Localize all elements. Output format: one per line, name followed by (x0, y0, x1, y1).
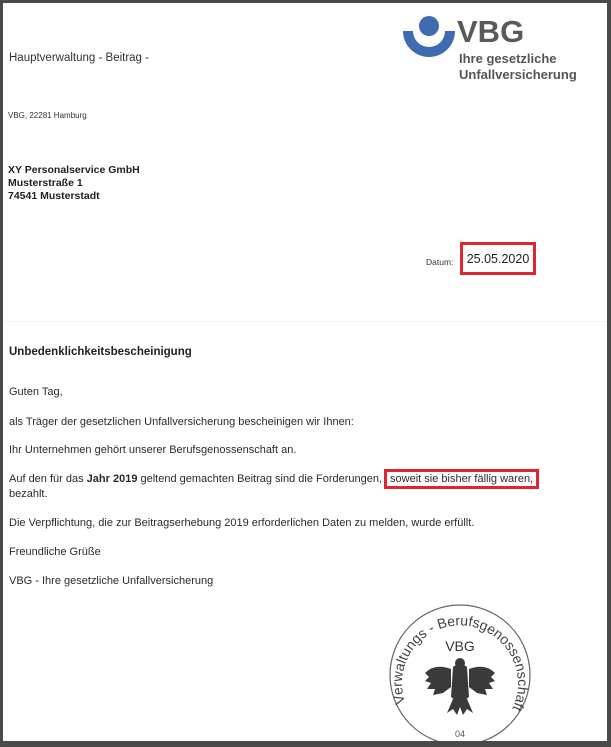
logo-tagline-1: Ihre gesetzliche (459, 51, 557, 66)
sender-line: VBG, 22281 Hamburg (8, 111, 87, 120)
closing: Freundliche Grüße (9, 546, 101, 558)
p3-year: Jahr 2019 (87, 473, 138, 485)
department-line: Hauptverwaltung - Beitrag - (9, 52, 149, 64)
recipient-city: 74541 Musterstadt (8, 190, 140, 203)
letter-page: VBG Ihre gesetzliche Unfallversicherung … (3, 3, 607, 741)
p3-before: Auf den für das (9, 473, 87, 485)
official-seal: Verwaltungs - Berufsgenossenschaft VBG 0… (385, 597, 535, 741)
highlighted-phrase: soweit sie bisher fällig waren, (384, 469, 539, 489)
paragraph-2: Ihr Unternehmen gehört unserer Berufsgen… (9, 444, 296, 456)
recipient-company: XY Personalservice GmbH (8, 164, 140, 177)
recipient-street: Musterstraße 1 (8, 177, 140, 190)
paragraph-3-line-1: Auf den für das Jahr 2019 geltend gemach… (9, 473, 539, 485)
date-value-highlighted: 25.05.2020 (460, 242, 536, 275)
letter-subject: Unbedenklichkeitsbescheinigung (9, 346, 192, 358)
logo-tagline-2: Unfallversicherung (459, 67, 577, 82)
paragraph-1: als Träger der gesetzlichen Unfallversic… (9, 416, 354, 428)
date-label: Datum: (426, 257, 453, 267)
p3-mid: geltend gemachten Beitrag sind die Forde… (137, 473, 382, 485)
vbg-logo: VBG Ihre gesetzliche Unfallversicherung (403, 11, 583, 91)
divider (3, 321, 607, 322)
seal-number: 04 (455, 729, 465, 739)
vbg-emblem-icon (403, 15, 455, 57)
greeting: Guten Tag, (9, 386, 63, 398)
recipient-address: XY Personalservice GmbH Musterstraße 1 7… (8, 164, 140, 203)
seal-center-text: VBG (445, 638, 475, 654)
paragraph-3-line-2: bezahlt. (9, 488, 48, 500)
logo-brand: VBG (457, 14, 524, 50)
signature: VBG - Ihre gesetzliche Unfallversicherun… (9, 575, 213, 587)
federal-eagle-icon (425, 658, 495, 715)
paragraph-4: Die Verpflichtung, die zur Beitragserheb… (9, 517, 474, 529)
